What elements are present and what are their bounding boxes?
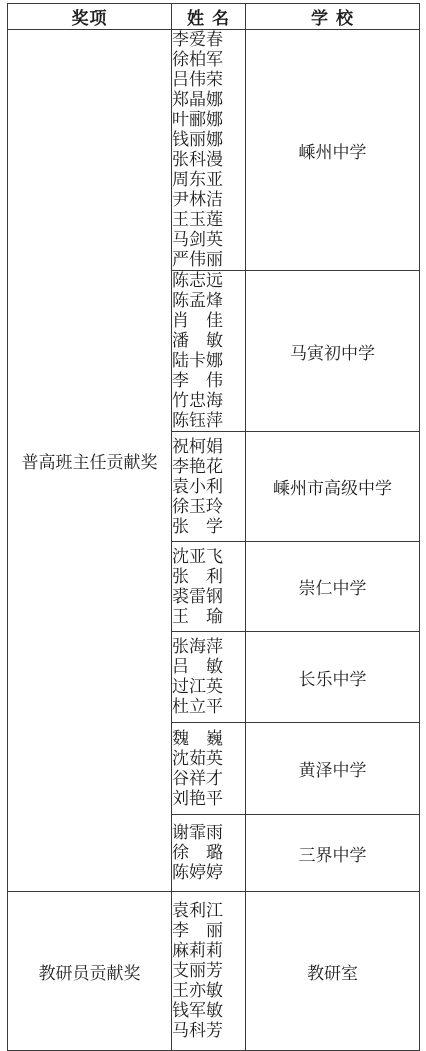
school-cell: 嵊州中学 — [246, 30, 420, 271]
name-line: 马剑英 — [172, 230, 245, 250]
names-cell: 祝柯娟李艳花袁小利徐玉玲张 学 — [172, 432, 246, 542]
table-row: 教研员贡献奖 袁利江李 丽麻莉莉支丽芳王亦敏钱军敏马科芳 教研室 — [8, 892, 420, 1051]
name-line: 王亦敏 — [172, 981, 245, 1001]
name-line: 李艳花 — [172, 457, 245, 477]
names-cell: 谢霏雨徐 璐陈婷婷 — [172, 815, 246, 892]
name-line: 叶郦娜 — [172, 110, 245, 130]
name-line: 陆卡娜 — [172, 351, 245, 371]
header-name: 姓 名 — [172, 4, 246, 30]
school-cell: 崇仁中学 — [246, 542, 420, 632]
name-line: 王玉莲 — [172, 210, 245, 230]
name-line: 刘艳平 — [172, 789, 245, 809]
awards-table: 奖项 姓 名 学 校 普高班主任贡献奖 李爱春徐柏军吕伟荣郑晶娜叶郦娜钱丽娜张科… — [7, 3, 420, 1051]
name-line: 李 丽 — [172, 921, 245, 941]
table-row: 普高班主任贡献奖 李爱春徐柏军吕伟荣郑晶娜叶郦娜钱丽娜张科漫周东亚尹林洁王玉莲马… — [8, 30, 420, 271]
name-line: 陈钰萍 — [172, 411, 245, 431]
award-cell: 教研员贡献奖 — [8, 892, 172, 1051]
name-line: 过江英 — [172, 677, 245, 697]
school-cell: 马寅初中学 — [246, 271, 420, 432]
name-line: 肖 佳 — [172, 311, 245, 331]
name-line: 吕 敏 — [172, 657, 245, 677]
header-award: 奖项 — [8, 4, 172, 30]
name-line: 张海萍 — [172, 637, 245, 657]
name-line: 徐柏军 — [172, 50, 245, 70]
school-cell: 黄泽中学 — [246, 723, 420, 815]
name-line: 张 学 — [172, 517, 245, 537]
name-line: 裘雷钢 — [172, 587, 245, 607]
name-line: 杜立平 — [172, 697, 245, 717]
school-cell: 长乐中学 — [246, 632, 420, 723]
name-line: 李 伟 — [172, 371, 245, 391]
school-cell: 教研室 — [246, 892, 420, 1051]
award-cell: 普高班主任贡献奖 — [8, 30, 172, 892]
header-school: 学 校 — [246, 4, 420, 30]
school-cell: 嵊州市高级中学 — [246, 432, 420, 542]
name-line: 潘 敏 — [172, 331, 245, 351]
name-line: 陈志远 — [172, 271, 245, 291]
header-row: 奖项 姓 名 学 校 — [8, 4, 420, 30]
name-line: 沈茹英 — [172, 749, 245, 769]
name-line: 周东亚 — [172, 170, 245, 190]
name-line: 谷祥才 — [172, 769, 245, 789]
name-line: 沈亚飞 — [172, 547, 245, 567]
name-line: 钱丽娜 — [172, 130, 245, 150]
school-cell: 三界中学 — [246, 815, 420, 892]
name-line: 尹林洁 — [172, 190, 245, 210]
names-cell: 张海萍吕 敏过江英杜立平 — [172, 632, 246, 723]
names-cell: 李爱春徐柏军吕伟荣郑晶娜叶郦娜钱丽娜张科漫周东亚尹林洁王玉莲马剑英严伟丽 — [172, 30, 246, 271]
name-line: 吕伟荣 — [172, 70, 245, 90]
name-line: 谢霏雨 — [172, 823, 245, 843]
name-line: 郑晶娜 — [172, 90, 245, 110]
name-line: 张 利 — [172, 567, 245, 587]
names-cell: 陈志远陈孟烽肖 佳潘 敏陆卡娜李 伟竹忠海陈钰萍 — [172, 271, 246, 432]
name-line: 陈婷婷 — [172, 863, 245, 883]
name-line: 陈孟烽 — [172, 291, 245, 311]
names-cell: 魏 巍沈茹英谷祥才刘艳平 — [172, 723, 246, 815]
name-line: 马科芳 — [172, 1021, 245, 1041]
name-line: 李爱春 — [172, 30, 245, 50]
name-line: 麻莉莉 — [172, 941, 245, 961]
names-cell: 袁利江李 丽麻莉莉支丽芳王亦敏钱军敏马科芳 — [172, 892, 246, 1051]
name-line: 魏 巍 — [172, 729, 245, 749]
name-line: 王 瑜 — [172, 607, 245, 627]
name-line: 张科漫 — [172, 150, 245, 170]
name-line: 徐玉玲 — [172, 497, 245, 517]
name-line: 祝柯娟 — [172, 437, 245, 457]
name-line: 钱军敏 — [172, 1001, 245, 1021]
names-cell: 沈亚飞张 利裘雷钢王 瑜 — [172, 542, 246, 632]
name-line: 支丽芳 — [172, 961, 245, 981]
name-line: 严伟丽 — [172, 250, 245, 270]
name-line: 袁小利 — [172, 477, 245, 497]
name-line: 袁利江 — [172, 901, 245, 921]
name-line: 徐 璐 — [172, 843, 245, 863]
name-line: 竹忠海 — [172, 391, 245, 411]
